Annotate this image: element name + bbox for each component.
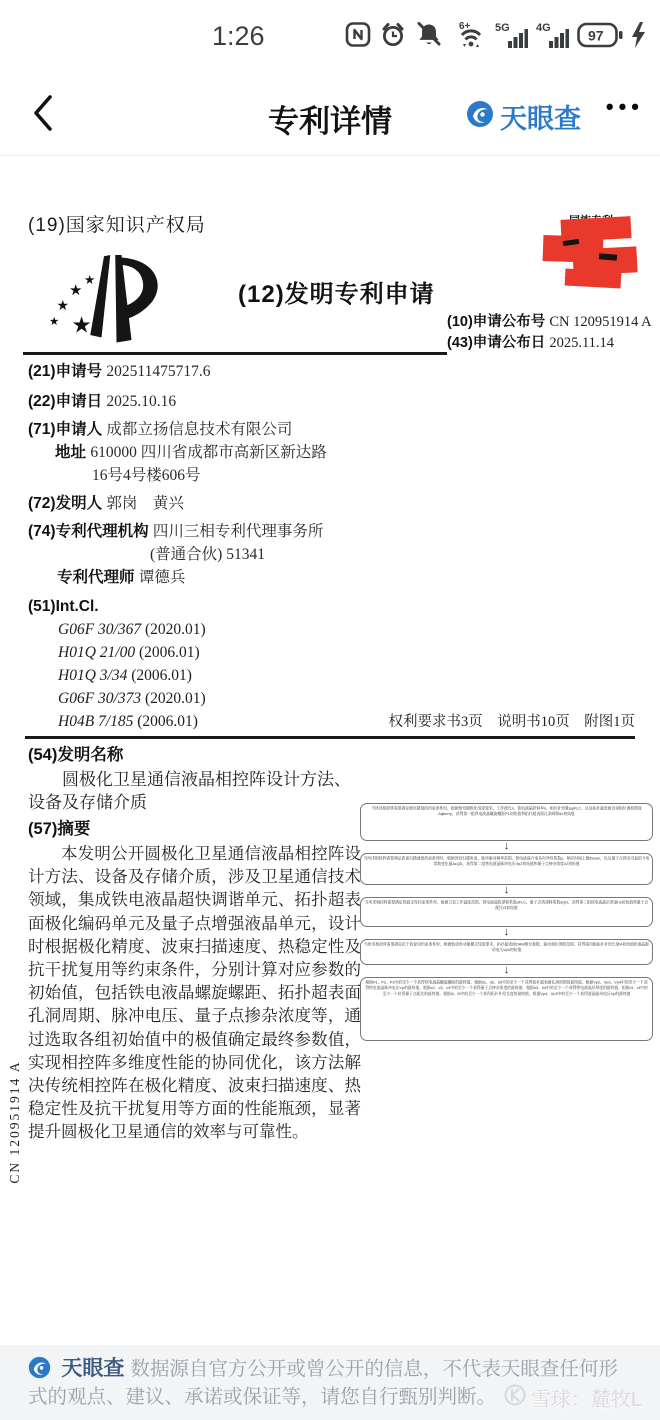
inventor-row: (72)发明人 郭岗 黄兴 — [28, 492, 360, 515]
battery-icon: 97 — [577, 21, 623, 49]
pub-no-value: CN 120951914 A — [549, 314, 651, 330]
mute-bell-icon — [415, 21, 443, 48]
flowchart-box-3: 当所述相控阵需要满足热稳定性约束条件时，根据卫星工作温度范围、铁电液晶热漂移系数… — [360, 897, 653, 927]
flowchart-figure: 当所述相控阵需要满足极化精度的约束条件时，根据预设圆极化纯度要求、工作波长λ、铁… — [360, 803, 653, 1041]
pub-date-label: (43)申请公布日 — [447, 335, 545, 351]
tianyancha-brand[interactable]: 天眼查 — [466, 97, 581, 136]
flowchart-arrow-icon: ↓ — [360, 927, 653, 939]
watermark-text: 雪球：麓牧L — [531, 1383, 642, 1412]
patent-office: (19)国家知识产权局 — [28, 210, 206, 237]
brand-name: 天眼查 — [500, 97, 581, 136]
more-menu-button[interactable]: ••• — [606, 94, 644, 120]
wifi-icon: 6+ — [451, 20, 487, 49]
address-row-2: 16号4号楼606号 — [28, 464, 360, 487]
application-number-row: (21)申请号 202511475717.6 — [28, 360, 360, 383]
xueqiu-logo-icon — [504, 1384, 526, 1412]
applicant-row: (71)申请人 成都立扬信息技术有限公司 — [28, 418, 360, 441]
intcl-code: G06F 30/373 (2020.01) — [58, 687, 360, 710]
clock-text: 1:26 — [212, 21, 265, 52]
alarm-icon — [379, 21, 407, 48]
red-stamp: 同族专利 — [543, 216, 643, 296]
divider-rule-bottom — [25, 736, 635, 739]
agency-row: (74)专利代理机构 四川三相专利代理事务所 — [28, 520, 360, 543]
invention-title: 圆极化卫星通信液晶相控阵设计方法、设备及存储介质 — [28, 768, 361, 814]
app-header: 专利详情 天眼查 ••• — [0, 70, 660, 156]
agent-row: 专利代理师 谭德兵 — [28, 566, 360, 589]
intcl-code: G06F 30/367 (2020.01) — [58, 618, 360, 641]
application-date-row: (22)申请日 2025.10.16 — [28, 390, 360, 413]
flowchart-box-1: 当所述相控阵需要满足极化精度的约束条件时，根据预设圆极化纯度要求、工作波长λ、铁… — [360, 803, 653, 841]
divider-rule-top — [23, 352, 447, 355]
intcl-label-row: (51)Int.Cl. — [28, 595, 360, 618]
pub-no-label: (10)申请公布号 — [447, 314, 545, 330]
flowchart-arrow-icon: ↓ — [360, 841, 653, 853]
intcl-code: H01Q 3/34 (2006.01) — [58, 664, 360, 687]
intcl-code: H04B 7/185 (2006.01) — [58, 710, 360, 733]
status-icons: 6+ 5G 4G 97 — [345, 20, 646, 49]
svg-text:4G: 4G — [536, 22, 551, 34]
signal-5g-icon: 5G — [495, 21, 528, 49]
flowchart-box-2: 当所述相控阵需要满足波束扫描速度约束条件时，根据预设扫描角度、脉冲驱动频率范围、… — [360, 853, 653, 885]
address-row: 地址 610000 四川省成都市高新区新达路 — [28, 441, 360, 464]
document-type: (12)发明专利申请 — [238, 274, 435, 309]
status-bar: 1:26 6+ 5G 4G 97 — [0, 0, 660, 70]
cnipa-logo: ★ ★ ★ ★ ★ — [44, 250, 174, 355]
tianyancha-eye-icon-footer — [28, 1358, 56, 1380]
patent-detail-screen: 1:26 6+ 5G 4G 97 — [0, 0, 660, 1420]
abstract-text: 本发明公开圆极化卫星通信液晶相控阵设计方法、设备及存储介质，涉及卫星通信技术领域… — [28, 842, 361, 1144]
svg-text:★: ★ — [49, 316, 59, 328]
flowchart-box-5: 根据P1、P2、P3中的至少一个获得铁电液晶螺旋螺距的最终值，根据d1、d2、d… — [360, 977, 653, 1041]
charging-bolt-icon — [631, 21, 646, 49]
publication-block: (10)申请公布号 CN 120951914 A (43)申请公布日 2025.… — [447, 312, 652, 354]
intcl-code: H01Q 21/00 (2006.01) — [58, 641, 360, 664]
battery-percent-text: 97 — [588, 27, 604, 43]
tianyancha-eye-icon — [466, 100, 494, 133]
footer-brand: 天眼查 — [61, 1357, 124, 1380]
xueqiu-watermark: 雪球：麓牧L — [504, 1383, 642, 1412]
invention-title-label: (54)发明名称 — [28, 744, 361, 766]
side-publication-code: CN 120951914 A — [7, 1060, 23, 1183]
pub-date-value: 2025.11.14 — [549, 335, 614, 351]
svg-text:★: ★ — [72, 313, 92, 338]
abstract-label: (57)摘要 — [28, 818, 361, 840]
svg-text:5G: 5G — [495, 22, 510, 34]
signal-4g-icon: 4G — [536, 21, 569, 49]
svg-text:★: ★ — [69, 282, 82, 299]
pages-info: 权利要求书3页 说明书10页 附图1页 — [389, 710, 636, 731]
flowchart-box-4: 当所述相控阵需要满足抗干扰复用约束条件时，根据轨道角动量模式纯度要求、拓扑超表面… — [360, 939, 653, 965]
svg-text:★: ★ — [84, 273, 95, 287]
svg-text:★: ★ — [57, 298, 69, 313]
title-abstract-section: (54)发明名称 圆极化卫星通信液晶相控阵设计方法、设备及存储介质 (57)摘要… — [28, 744, 361, 1144]
flowchart-arrow-icon: ↓ — [360, 885, 653, 897]
bibliographic-fields: (21)申请号 202511475717.6 (22)申请日 2025.10.1… — [28, 360, 360, 733]
agency-row-2: (普通合伙) 51341 — [28, 543, 360, 566]
flowchart-arrow-icon: ↓ — [360, 965, 653, 977]
nfc-icon — [345, 21, 371, 48]
